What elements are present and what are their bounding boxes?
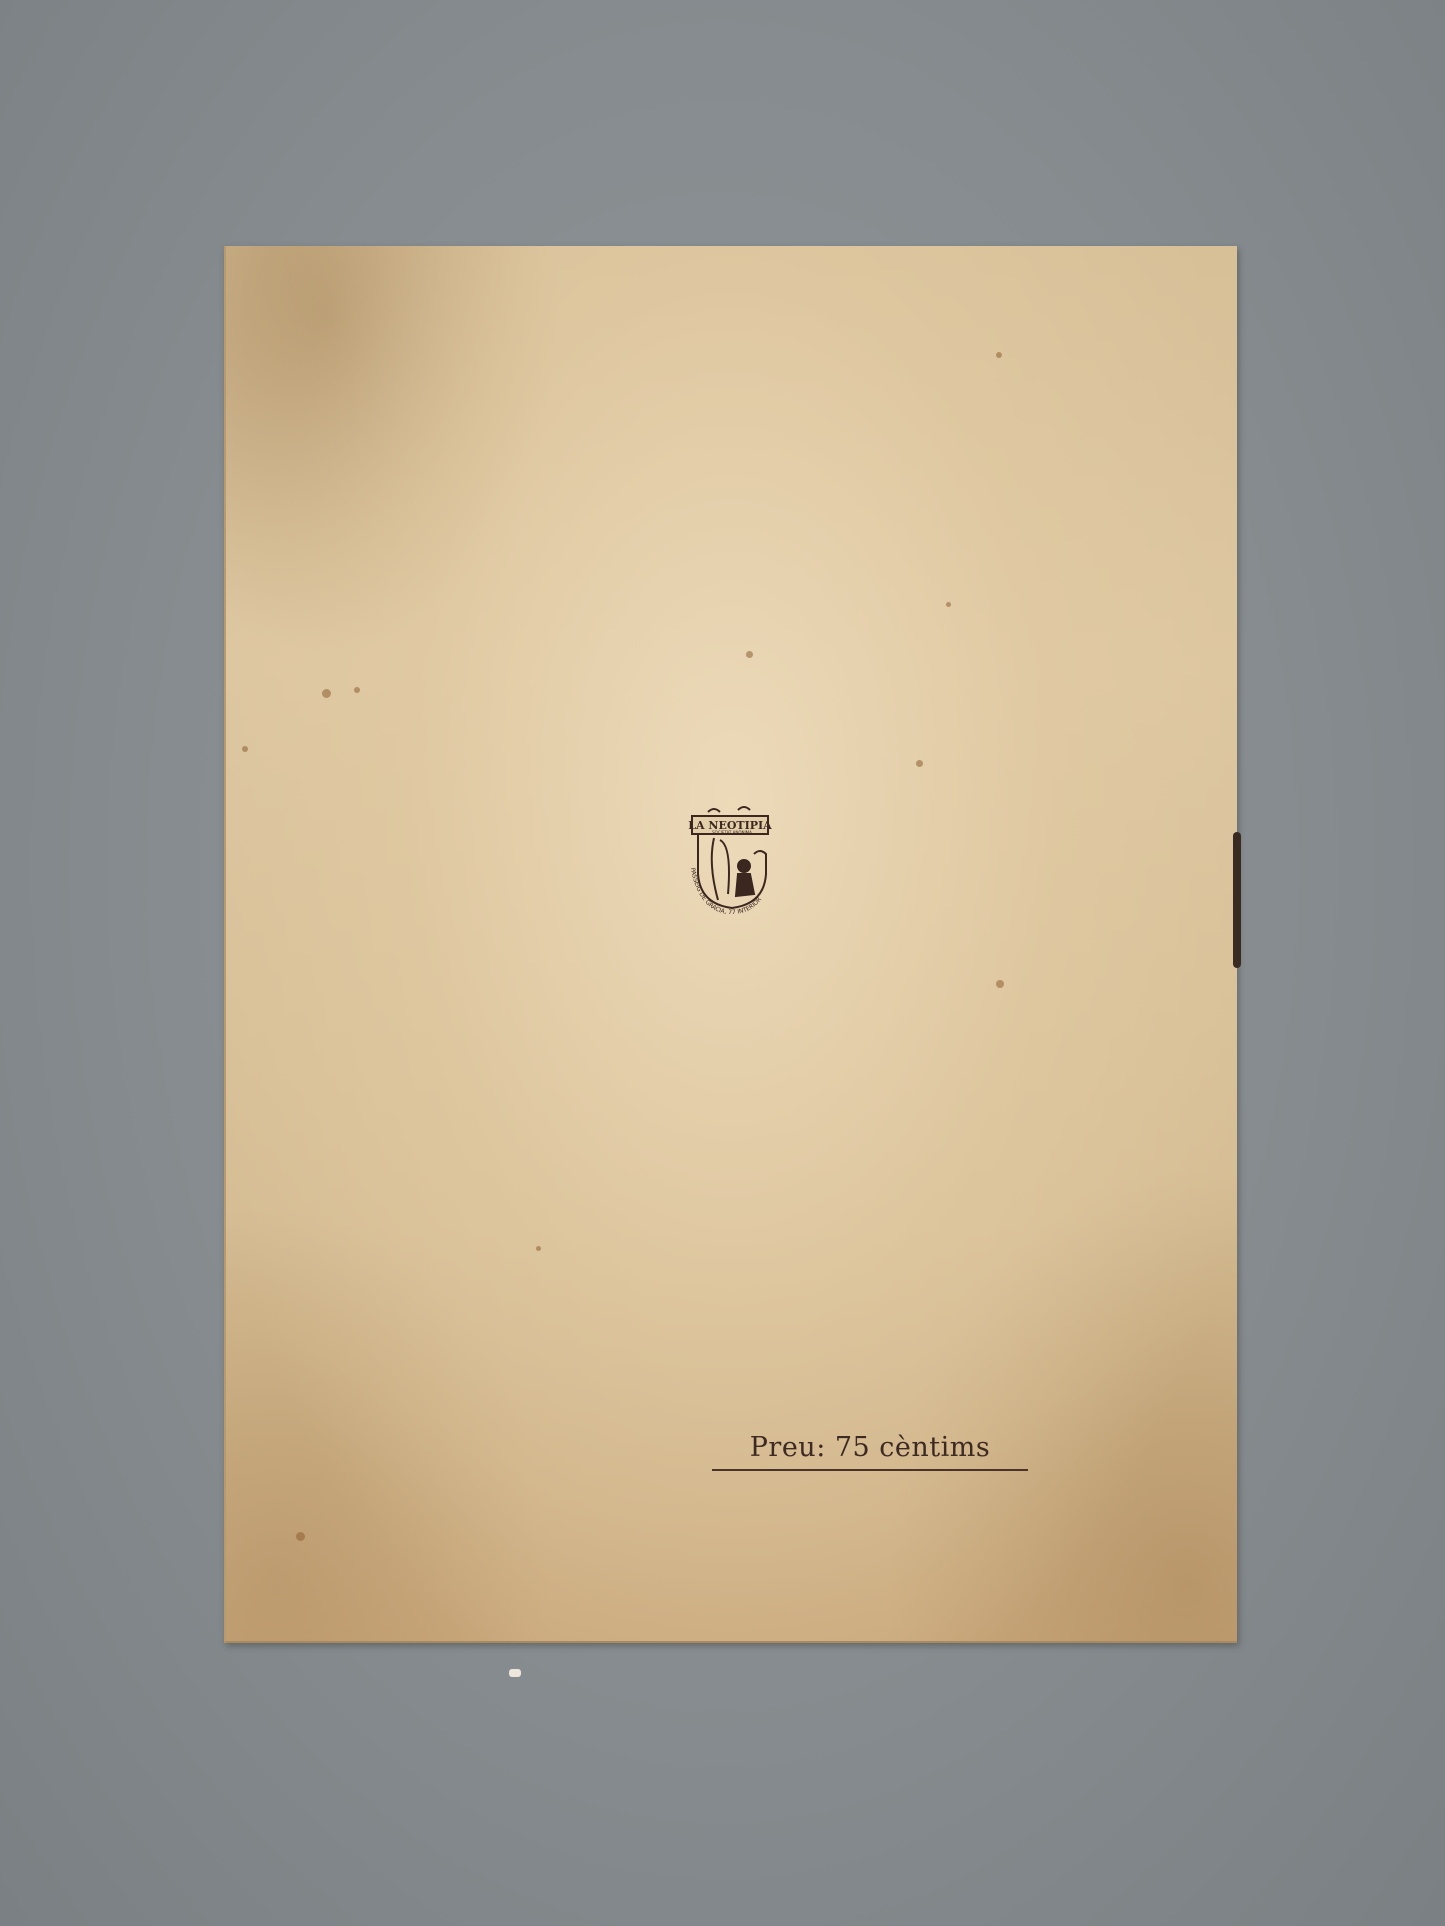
foxing-spot: [996, 352, 1002, 358]
booklet-back-cover: LA NEOTIPIA SOCIETAT ANÒNIMA PASSEIG DE …: [224, 246, 1237, 1643]
foxing-spot: [536, 1246, 541, 1251]
foxing-spot: [242, 746, 248, 752]
spine-gap: [1233, 832, 1241, 968]
foxing-spot: [946, 602, 951, 607]
foxing-spot: [746, 651, 753, 658]
edge-tear: [509, 1669, 521, 1677]
publisher-emblem: LA NEOTIPIA SOCIETAT ANÒNIMA PASSEIG DE …: [688, 804, 776, 916]
foxing-spot: [916, 760, 923, 767]
foxing-spot: [354, 687, 360, 693]
foxing-spot: [322, 689, 331, 698]
foxing-spot: [296, 1532, 305, 1541]
la-neotipia-logo-icon: LA NEOTIPIA SOCIETAT ANÒNIMA PASSEIG DE …: [688, 804, 776, 916]
price-label: Preu: 75 cèntims: [712, 1432, 1028, 1471]
svg-text:SOCIETAT ANÒNIMA: SOCIETAT ANÒNIMA: [712, 830, 752, 835]
foxing-spot: [996, 980, 1004, 988]
